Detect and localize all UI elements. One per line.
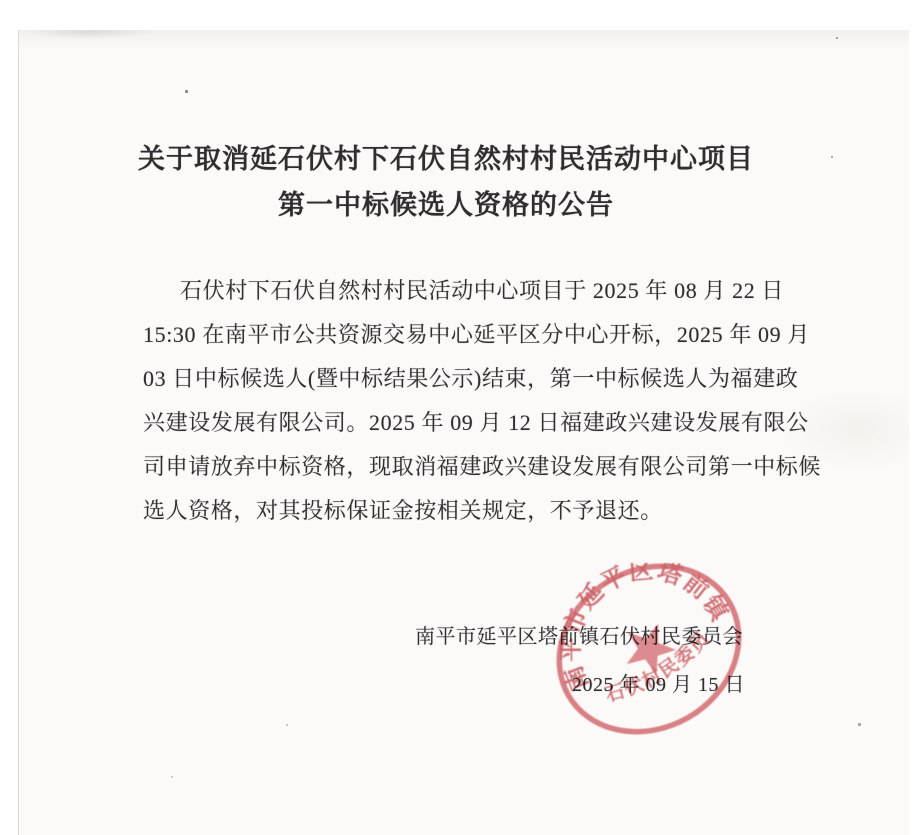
official-seal: 南平市延平区塔前镇 石伏村民委员会 [549, 563, 749, 735]
document-title-line-1: 关于取消延石伏村下石伏自然村村民活动中心项目 [86, 137, 806, 176]
dust-speck [858, 723, 861, 726]
body-line: 15:30 在南平市公共资源交易中心延平区分中心开标，2025 年 09 月 [143, 313, 771, 357]
dust-speck [171, 776, 173, 778]
body-line: 石伏村下石伏自然村村民活动中心项目于 2025 年 08 月 22 日 [143, 269, 771, 313]
dust-speck [836, 37, 838, 39]
body-line: 选人资格，对其投标保证金按相关规定，不予退还。 [143, 489, 771, 533]
body-line: 03 日中标候选人(暨中标结果公示)结束，第一中标候选人为福建政 [143, 357, 771, 401]
dust-speck [286, 724, 288, 726]
official-seal-graphic: 南平市延平区塔前镇 石伏村民委员会 [549, 563, 749, 735]
body-line: 司申请放弃中标资格，现取消福建政兴建设发展有限公司第一中标候 [143, 445, 771, 489]
body-line: 兴建设发展有限公司。2025 年 09 月 12 日福建政兴建设发展有限公 [143, 401, 771, 445]
scan-edge-line [18, 30, 19, 835]
dust-speck [185, 90, 188, 93]
dust-speck [831, 156, 833, 158]
document-title-line-2: 第一中标候选人资格的公告 [86, 183, 806, 222]
body-paragraph: 石伏村下石伏自然村村民活动中心项目于 2025 年 08 月 22 日 15:3… [143, 269, 771, 533]
